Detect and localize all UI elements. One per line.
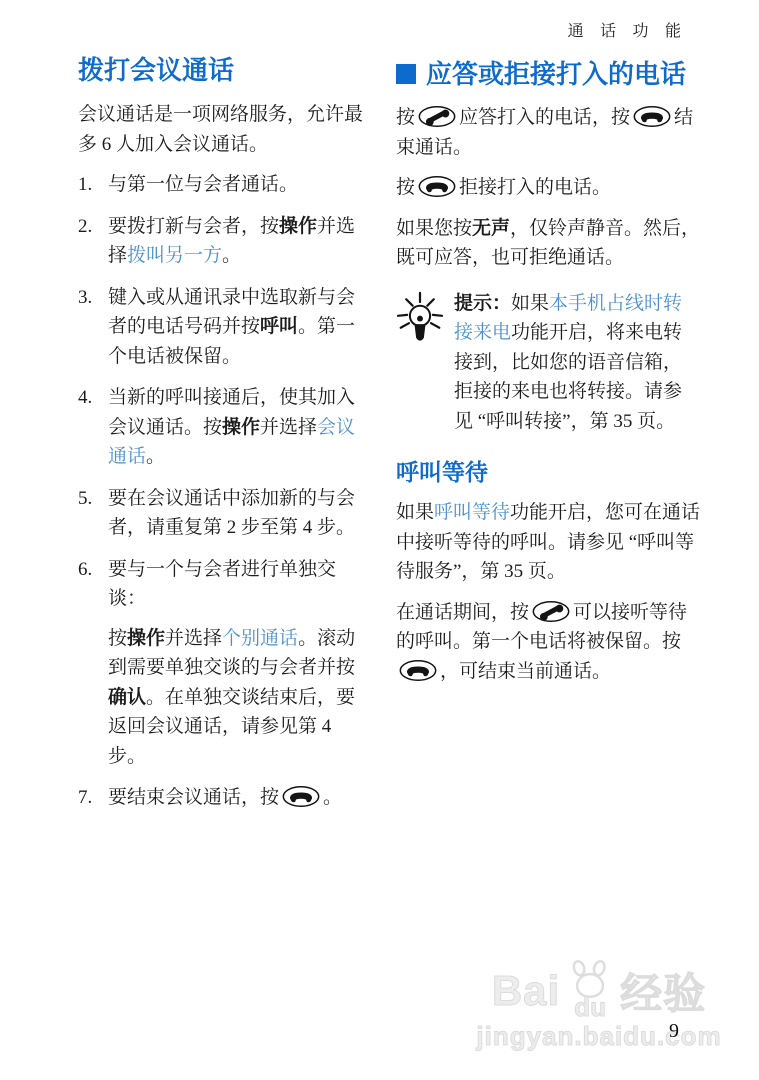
step-number: 1. — [78, 170, 108, 200]
baidu-paw-wrap: du — [564, 959, 616, 1023]
text-run: 按 — [108, 628, 127, 649]
text-run: 。 — [146, 446, 165, 467]
step-item-3: 3. 键入或从通讯录中选取新与会者的电话号码并按呼叫。第一个电话被保留。 — [78, 283, 370, 372]
answer-key-icon — [417, 105, 457, 128]
step-number: 7. — [78, 783, 108, 813]
text-run: 与第一位与会者通话。 — [108, 174, 298, 195]
step-number: 2. — [78, 212, 108, 271]
text-run: 要拨打新与会者，按 — [108, 216, 279, 237]
text-run: 按 — [396, 107, 415, 128]
step-item-1: 1. 与第一位与会者通话。 — [78, 170, 370, 200]
step-item-5: 5. 要在会议通话中添加新的与会者，请重复第 2 步至第 4 步。 — [78, 484, 370, 543]
watermark-text-bai: Bai — [492, 967, 560, 1015]
call-waiting-paragraph-1: 如果呼叫等待功能开启，您可在通话中接听等待的呼叫。请参见 “呼叫等待服务”，第 … — [396, 498, 701, 587]
text-run: 要与一个与会者进行单独交谈： — [108, 559, 336, 610]
page-number: 9 — [669, 1020, 679, 1043]
conference-steps-list: 1. 与第一位与会者通话。 2. 要拨打新与会者，按操作并选择拨叫另一方。 3.… — [78, 170, 370, 813]
section-square-bullet-icon — [396, 64, 416, 84]
step-number: 4. — [78, 383, 108, 472]
step-text: 键入或从通讯录中选取新与会者的电话号码并按呼叫。第一个电话被保留。 — [108, 283, 370, 372]
end-key-icon — [632, 105, 672, 128]
lightbulb-icon — [396, 289, 454, 437]
text-run: 。 — [222, 245, 241, 266]
text-run: 。 — [323, 787, 342, 808]
text-run: 应答打入的电话，按 — [459, 107, 630, 128]
text-run: 如果您按 — [396, 218, 472, 239]
text-run: 操作 — [279, 216, 317, 237]
step-text: 与第一位与会者通话。 — [108, 170, 370, 200]
text-run: 在通话期间，按 — [396, 602, 529, 623]
section-title-answer-reject-row: 应答或拒接打入的电话 — [396, 58, 701, 91]
end-key-icon — [281, 785, 321, 808]
text-run: 。在单独交谈结束后，要返回会议通话，请参见第 4 步。 — [108, 687, 355, 767]
text-run: 如果 — [396, 502, 434, 523]
step-text-continued: 按操作并选择个别通话。滚动到需要单独交谈的与会者并按确认。在单独交谈结束后，要返… — [108, 624, 370, 772]
text-run: 呼叫 — [260, 316, 298, 337]
conference-intro-paragraph: 会议通话是一项网络服务，允许最多 6 人加入会议通话。 — [78, 100, 370, 159]
text-run: 要结束会议通话，按 — [108, 787, 279, 808]
step-text: 当新的呼叫接通后，使其加入会议通话。按操作并选择会议通话。 — [108, 383, 370, 472]
step-text: 要结束会议通话，按。 — [108, 783, 370, 813]
step-text: 要在会议通话中添加新的与会者，请重复第 2 步至第 4 步。 — [108, 484, 370, 543]
call-waiting-paragraph-2: 在通话期间，按可以接听等待的呼叫。第一个电话将被保留。按，可结束当前通话。 — [396, 598, 701, 687]
text-run: 按 — [396, 177, 415, 198]
watermark-url: jingyan.baidu.com — [449, 1021, 749, 1052]
text-run: 提示： — [454, 293, 511, 314]
text-run: ，可结束当前通话。 — [440, 661, 611, 682]
inline-link[interactable]: 个别通话 — [222, 628, 298, 649]
tip-paragraph: 提示：如果本手机占线时转接来电功能开启，将来电转接到，比如您的语音信箱，拒接的来… — [454, 289, 691, 437]
watermark-text-jingyan: 经验 — [620, 961, 706, 1021]
text-run: 会议通话是一项网络服务，允许最多 6 人加入会议通话。 — [78, 104, 363, 155]
step-item-4: 4. 当新的呼叫接通后，使其加入会议通话。按操作并选择会议通话。 — [78, 383, 370, 472]
end-key-icon — [398, 659, 438, 682]
answer-key-icon — [531, 600, 571, 623]
tip-block: 提示：如果本手机占线时转接来电功能开启，将来电转接到，比如您的语音信箱，拒接的来… — [396, 289, 701, 437]
watermark-text-du: du — [574, 992, 606, 1023]
text-run: 并选择 — [260, 417, 317, 438]
text-run: 拒接打入的电话。 — [459, 177, 611, 198]
end-key-icon — [417, 175, 457, 198]
inline-link[interactable]: 拨叫另一方 — [127, 245, 222, 266]
step-text: 要与一个与会者进行单独交谈： — [108, 555, 370, 614]
section-title-answer-reject: 应答或拒接打入的电话 — [426, 58, 686, 91]
step-number: 5. — [78, 484, 108, 543]
text-run: 并选择 — [165, 628, 222, 649]
running-header: 通 话 功 能 — [568, 18, 687, 41]
page-columns: 拨打会议通话 会议通话是一项网络服务，允许最多 6 人加入会议通话。 1. 与第… — [78, 54, 701, 825]
section-title-conference-call: 拨打会议通话 — [78, 54, 370, 87]
answer-paragraph: 按应答打入的电话，按结束通话。 — [396, 103, 701, 162]
step-item-6: 6. 要与一个与会者进行单独交谈： 按操作并选择个别通话。滚动到需要单独交谈的与… — [78, 555, 370, 772]
step-number: 6. — [78, 555, 108, 772]
text-run: 如果 — [511, 293, 549, 314]
step-text: 要拨打新与会者，按操作并选择拨叫另一方。 — [108, 212, 370, 271]
text-run: 操作 — [222, 417, 260, 438]
left-column: 拨打会议通话 会议通话是一项网络服务，允许最多 6 人加入会议通话。 1. 与第… — [78, 54, 370, 825]
baidu-watermark-logo-row: Bai du 经验 — [449, 959, 749, 1023]
baidu-watermark: Bai du 经验 jingyan.baidu.com — [449, 959, 749, 1052]
right-column: 应答或拒接打入的电话 按应答打入的电话，按结束通话。 按拒接打入的电话。 如果您… — [396, 54, 701, 825]
silent-paragraph: 如果您按无声，仅铃声静音。然后，既可应答，也可拒绝通话。 — [396, 214, 701, 273]
step-number: 3. — [78, 283, 108, 372]
text-run: 无声 — [472, 218, 510, 239]
text-run: 操作 — [127, 628, 165, 649]
step-item-7: 7. 要结束会议通话，按。 — [78, 783, 370, 813]
step-item-2: 2. 要拨打新与会者，按操作并选择拨叫另一方。 — [78, 212, 370, 271]
text-run: 要在会议通话中添加新的与会者，请重复第 2 步至第 4 步。 — [108, 488, 355, 539]
section-title-call-waiting: 呼叫等待 — [396, 458, 701, 486]
text-run: 确认 — [108, 687, 146, 708]
reject-paragraph: 按拒接打入的电话。 — [396, 173, 701, 203]
inline-link[interactable]: 呼叫等待 — [434, 502, 510, 523]
